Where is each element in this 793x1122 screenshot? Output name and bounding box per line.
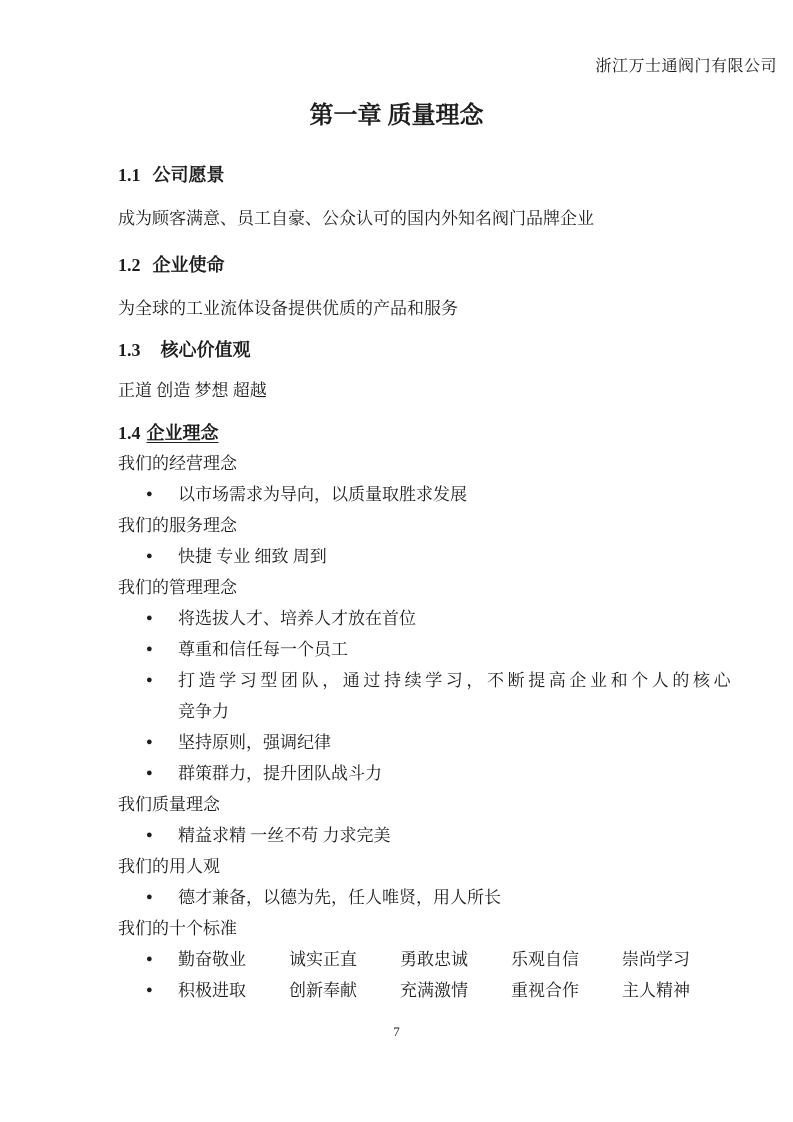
section-title: 公司愿景 xyxy=(153,165,225,185)
section-number: 1.2 xyxy=(118,254,141,276)
standards-row: 勤奋敬业诚实正直勇敢忠诚乐观自信崇尚学习 xyxy=(178,944,690,975)
bullet-icon: ● xyxy=(146,634,153,665)
bullet-line: 打造学习型团队，通过持续学习，不断提高企业和个人的核心 xyxy=(178,665,740,696)
page-title: 第一章 质量理念 xyxy=(0,98,793,134)
standard-item: 勤奋敬业 xyxy=(178,944,246,975)
bullet-icon: ● xyxy=(146,665,153,696)
bullet-item: ●快捷 专业 细致 周到 xyxy=(118,541,740,572)
bullet-item: ●以市场需求为导向，以质量取胜求发展 xyxy=(118,479,740,510)
bullet-line: 竞争力 xyxy=(178,696,740,727)
bullet-icon: ● xyxy=(146,727,153,758)
standard-item: 诚实正直 xyxy=(289,944,357,975)
standard-item: 创新奉献 xyxy=(289,975,357,1006)
bullet-text: 坚持原则，强调纪律 xyxy=(178,727,740,758)
section-number: 1.1 xyxy=(118,164,141,186)
bullet-row: ●勤奋敬业诚实正直勇敢忠诚乐观自信崇尚学习 xyxy=(118,944,740,975)
section-heading-1.1: 1.1公司愿景 xyxy=(118,164,740,186)
bullet-icon: ● xyxy=(146,820,153,851)
list-label: 我们的管理理念 xyxy=(118,572,740,603)
bullet-icon: ● xyxy=(146,541,153,572)
bullet-icon: ● xyxy=(146,882,153,913)
list-label: 我们质量理念 xyxy=(118,789,740,820)
section-heading-1.2: 1.2企业使命 xyxy=(118,254,740,276)
standard-item: 主人精神 xyxy=(622,975,690,1006)
bullet-item: ●尊重和信任每一个员工 xyxy=(118,634,740,665)
bullet-text: 将选拔人才、培养人才放在首位 xyxy=(178,603,740,634)
paragraph: 为全球的工业流体设备提供优质的产品和服务 xyxy=(118,293,740,324)
document-header-company-name: 浙江万士通阀门有限公司 xyxy=(595,53,777,76)
bullet-item: ●将选拔人才、培养人才放在首位 xyxy=(118,603,740,634)
bullet-item: ●坚持原则，强调纪律 xyxy=(118,727,740,758)
bullet-icon: ● xyxy=(146,603,153,634)
bullet-icon: ● xyxy=(146,758,153,789)
bullet-item: ●群策群力，提升团队战斗力 xyxy=(118,758,740,789)
standard-item: 乐观自信 xyxy=(511,944,579,975)
standard-item: 积极进取 xyxy=(178,975,246,1006)
paragraph: 正道 创造 梦想 超越 xyxy=(118,375,740,406)
paragraph: 成为顾客满意、员工自豪、公众认可的国内外知名阀门品牌企业 xyxy=(118,203,740,234)
bullet-text: 德才兼备，以德为先，任人唯贤，用人所长 xyxy=(178,882,740,913)
standards-row: 积极进取创新奉献充满激情重视合作主人精神 xyxy=(178,975,690,1006)
bullet-item: ●打造学习型团队，通过持续学习，不断提高企业和个人的核心竞争力 xyxy=(118,665,740,727)
list-label: 我们的用人观 xyxy=(118,851,740,882)
bullet-icon: ● xyxy=(146,975,153,1006)
section-title: 企业理念 xyxy=(147,423,219,443)
bullet-text: 以市场需求为导向，以质量取胜求发展 xyxy=(178,479,740,510)
bullet-item: ●德才兼备，以德为先，任人唯贤，用人所长 xyxy=(118,882,740,913)
bullet-text: 打造学习型团队，通过持续学习，不断提高企业和个人的核心竞争力 xyxy=(178,665,740,727)
section-number: 1.3 xyxy=(118,339,141,361)
bullet-icon: ● xyxy=(146,479,153,510)
bullet-text: 群策群力，提升团队战斗力 xyxy=(178,758,740,789)
section-heading-1.3: 1.3核心价值观 xyxy=(118,339,740,361)
section-number: 1.4 xyxy=(118,422,141,444)
section-title: 核心价值观 xyxy=(161,340,251,360)
bullet-item: ●精益求精 一丝不苟 力求完美 xyxy=(118,820,740,851)
bullet-icon: ● xyxy=(146,944,153,975)
bullet-text: 快捷 专业 细致 周到 xyxy=(178,541,740,572)
list-label: 我们的十个标准 xyxy=(118,913,740,944)
page-number: 7 xyxy=(0,1024,793,1040)
standard-item: 充满激情 xyxy=(400,975,468,1006)
bullet-text: 尊重和信任每一个员工 xyxy=(178,634,740,665)
section-heading-1.4: 1.4企业理念 xyxy=(118,422,740,444)
standard-item: 勇敢忠诚 xyxy=(400,944,468,975)
standard-item: 崇尚学习 xyxy=(622,944,690,975)
document-body: 1.1公司愿景成为顾客满意、员工自豪、公众认可的国内外知名阀门品牌企业1.2企业… xyxy=(118,164,740,1006)
bullet-row: ●积极进取创新奉献充满激情重视合作主人精神 xyxy=(118,975,740,1006)
bullet-text: 精益求精 一丝不苟 力求完美 xyxy=(178,820,740,851)
list-label: 我们的经营理念 xyxy=(118,448,740,479)
list-label: 我们的服务理念 xyxy=(118,510,740,541)
document-page: 浙江万士通阀门有限公司 第一章 质量理念 1.1公司愿景成为顾客满意、员工自豪、… xyxy=(0,0,793,1122)
standard-item: 重视合作 xyxy=(511,975,579,1006)
section-title: 企业使命 xyxy=(153,255,225,275)
